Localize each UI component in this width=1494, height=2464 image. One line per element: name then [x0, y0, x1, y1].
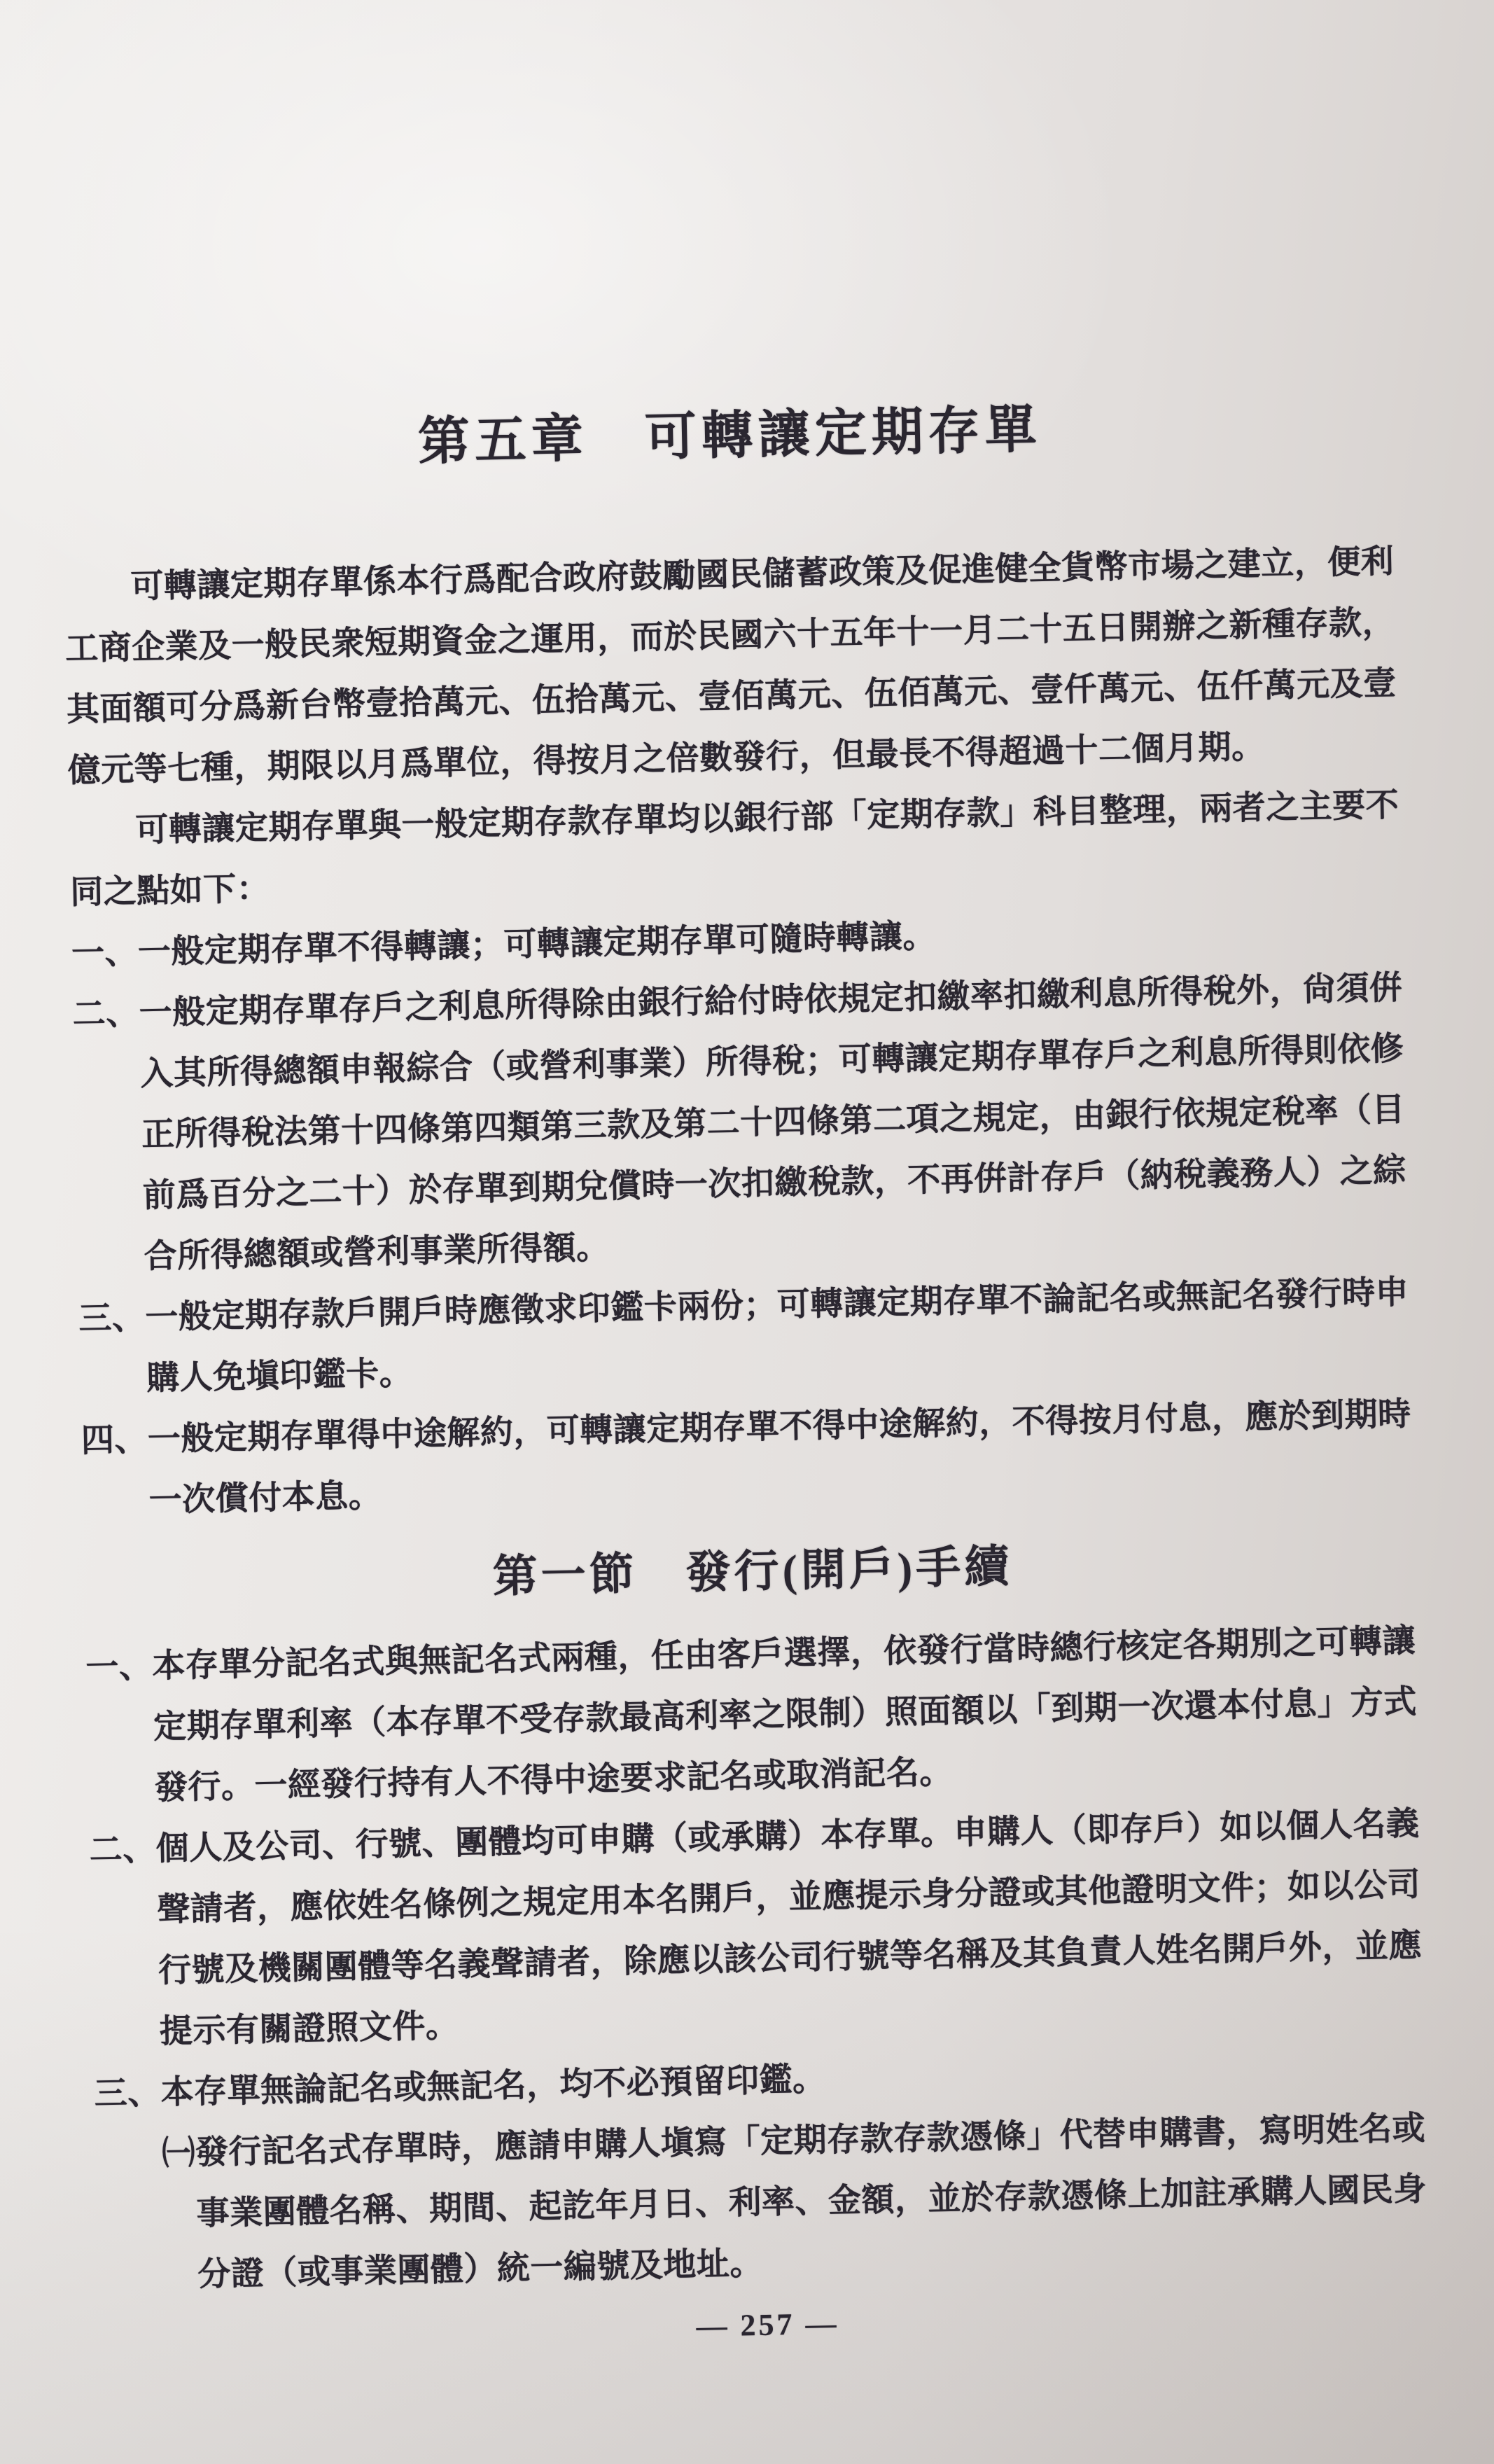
section1-paragraphs: 一、本存單分記名式與無記名式兩種，任由客戶選擇，依發行當時總行核定各期別之可轉讓…: [7, 1609, 1494, 2309]
intro-paragraphs: 可轉讓定期存單係本行爲配合政府鼓勵國民儲蓄政策及促進健全貨幣市場之建立，便利工商…: [0, 530, 1494, 1535]
book-page: 第五章 可轉讓定期存單 可轉讓定期存單係本行爲配合政府鼓勵國民儲蓄政策及促進健全…: [0, 0, 1494, 2464]
page-content: 第五章 可轉讓定期存單 可轉讓定期存單係本行爲配合政府鼓勵國民儲蓄政策及促進健全…: [0, 0, 1494, 2370]
chapter-title: 第五章 可轉讓定期存單: [0, 369, 1478, 504]
